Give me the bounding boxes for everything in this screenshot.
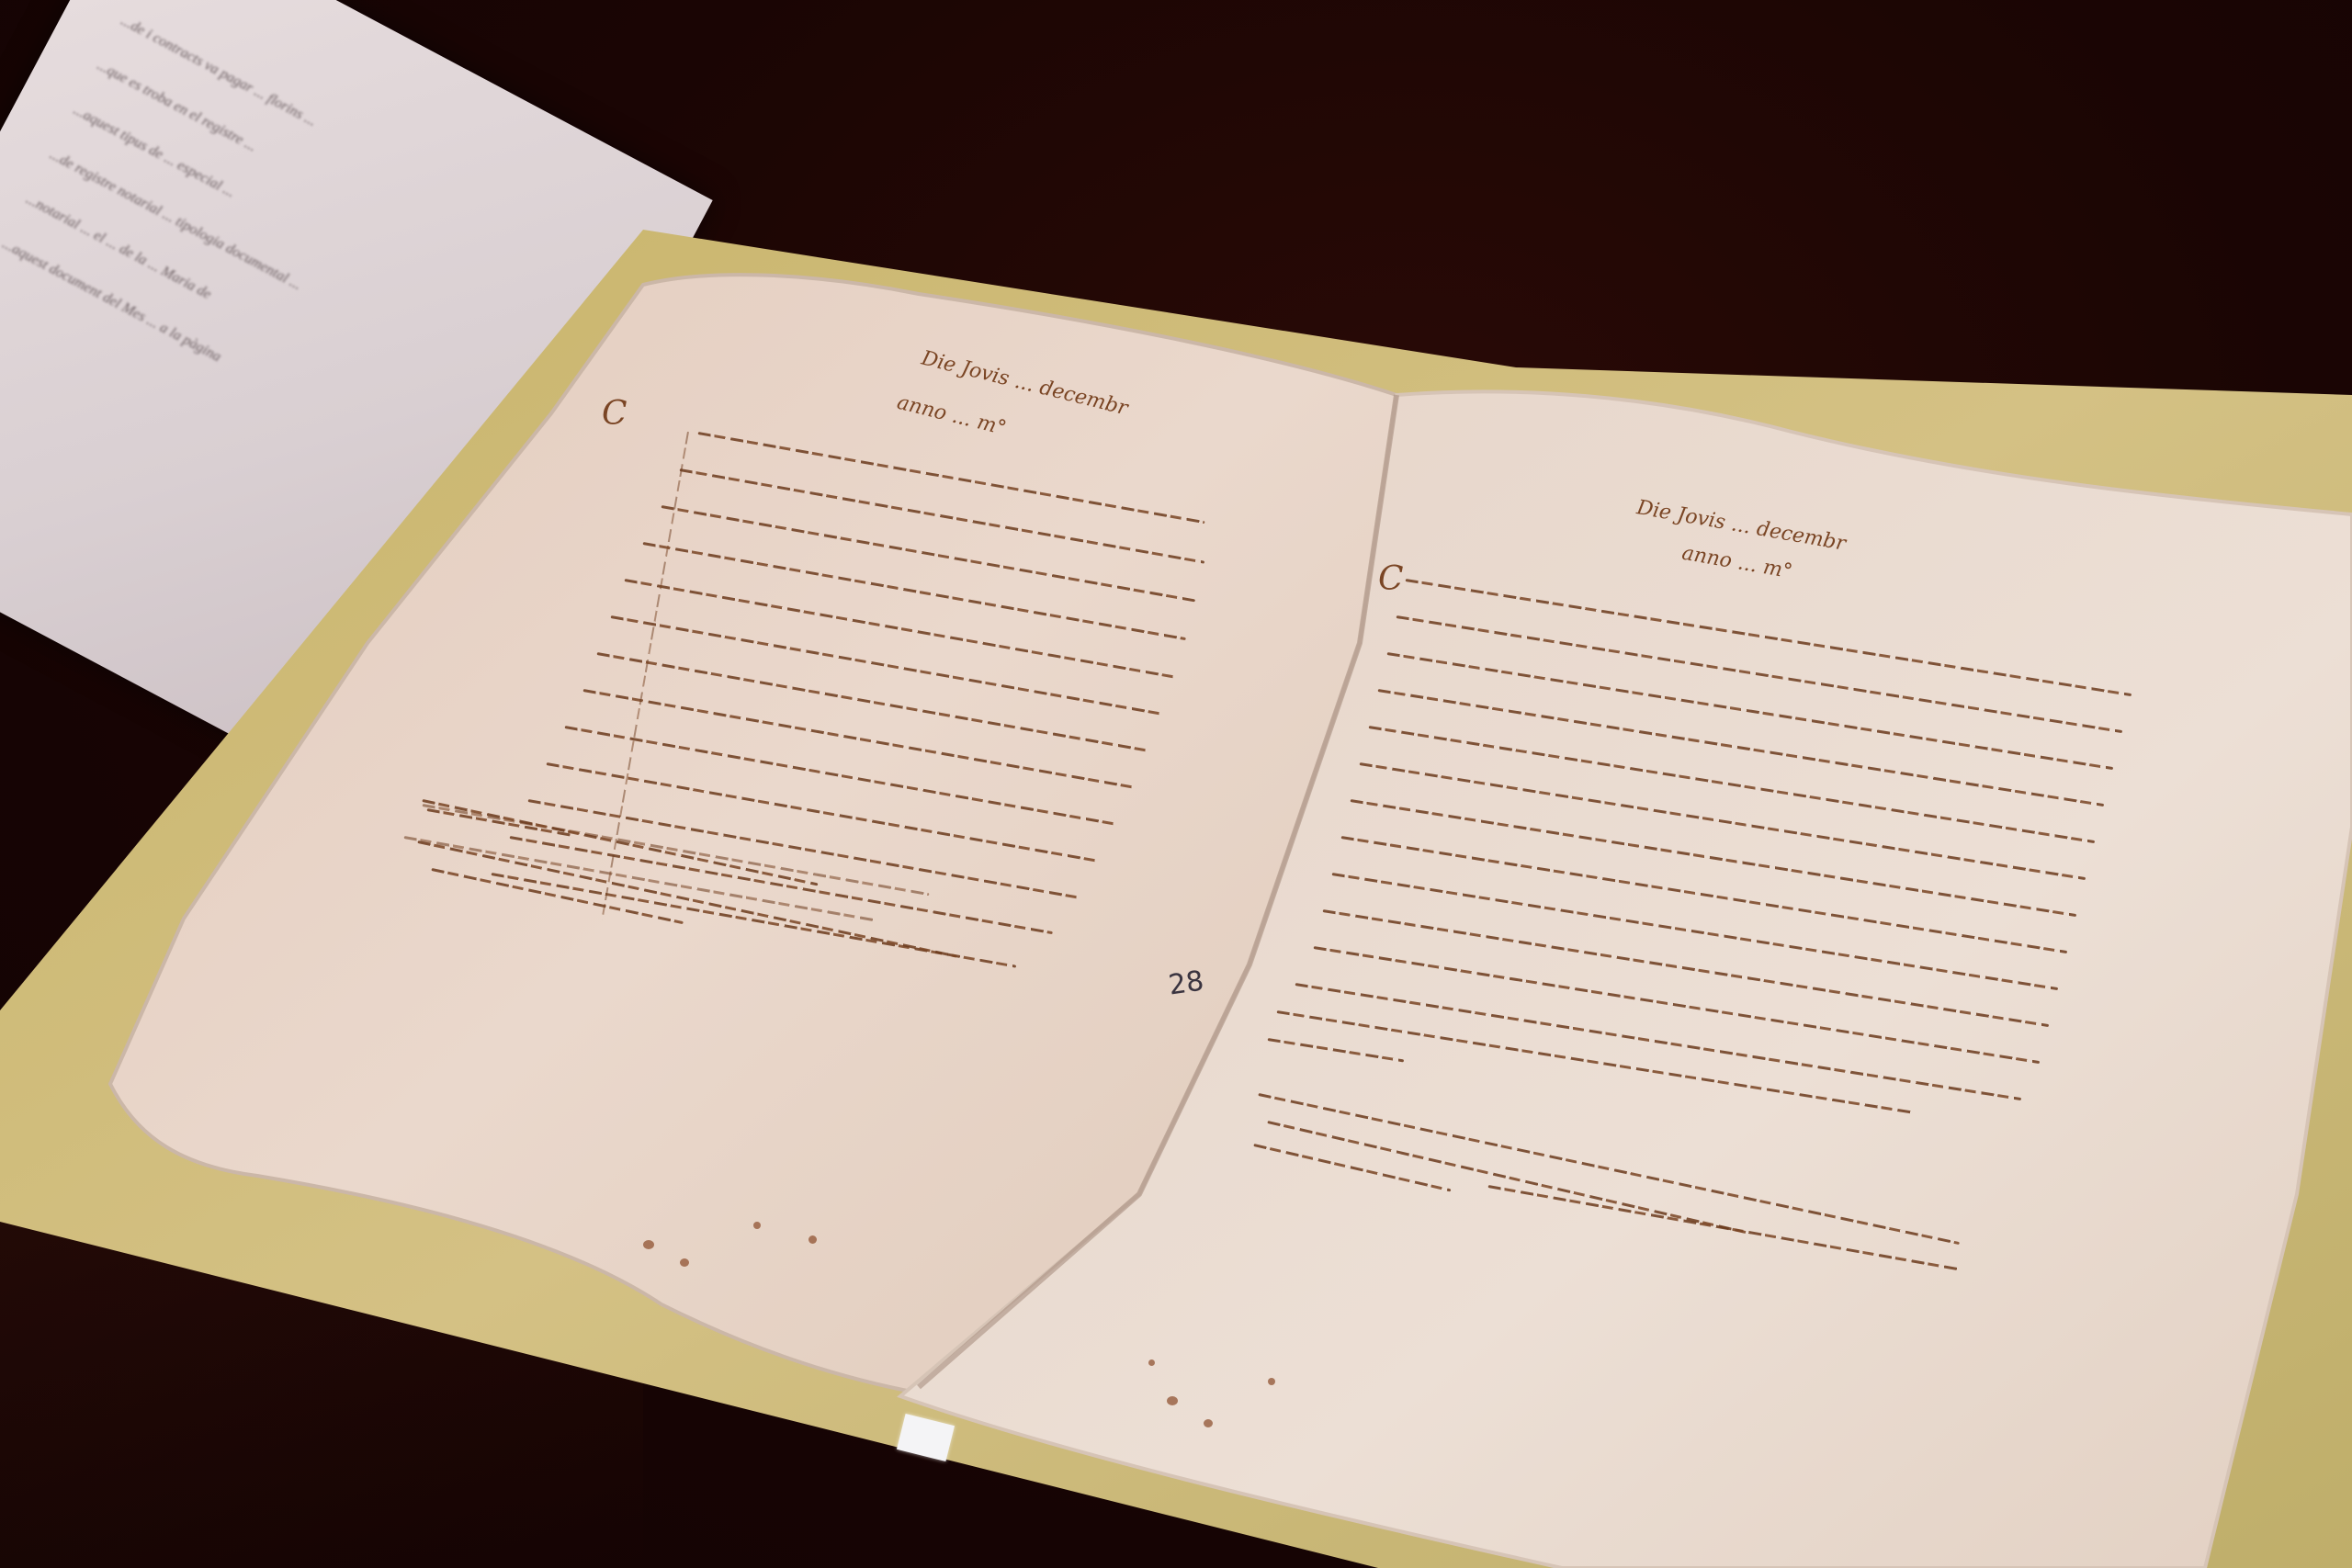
stain: [1167, 1396, 1178, 1405]
right-page-heading: Die Jovis ... decembr: [1635, 496, 1848, 556]
handwriting-line: [1406, 579, 2132, 696]
handwriting-line: [431, 868, 684, 924]
sheet-text-line: ...aquest document del Mes ... a la pàgi…: [3, 236, 224, 359]
handwriting-line: [661, 505, 1195, 602]
handwriting-line: [564, 726, 1116, 826]
folio-number: 28: [1167, 965, 1206, 1002]
stain: [643, 1240, 654, 1249]
table-surface: [0, 1102, 643, 1568]
stain: [753, 1222, 761, 1229]
handwriting-line: [582, 689, 1135, 789]
stain: [808, 1235, 817, 1244]
handwriting-line: [610, 615, 1162, 716]
sheet-text-line: ...de i contracts va pagar ... florins .…: [121, 13, 319, 124]
handwriting-line: [1268, 1038, 1405, 1062]
sheet-text-line: ...notarial ... el ... de la ... Maria d…: [27, 191, 214, 297]
handwriting-line: [642, 542, 1185, 640]
handwriting-line: [1253, 1144, 1451, 1191]
stain: [1148, 1359, 1155, 1366]
left-page-margin-mark: C: [602, 395, 628, 433]
handwriting-line: [624, 579, 1176, 679]
handwriting-line: [426, 808, 571, 837]
white-label-tag: [897, 1414, 955, 1461]
left-page-heading-year: anno ... m°: [895, 391, 1009, 441]
handwriting-line: [546, 762, 1098, 863]
right-page-margin-mark: C: [1378, 560, 1404, 598]
right-page-heading-year: anno ... m°: [1680, 542, 1794, 584]
handwriting-line: [679, 468, 1204, 564]
stain: [1268, 1378, 1275, 1385]
stain: [1204, 1419, 1213, 1427]
stain: [680, 1258, 689, 1267]
handwriting-line: [697, 432, 1204, 524]
handwriting-line: [596, 652, 1148, 752]
